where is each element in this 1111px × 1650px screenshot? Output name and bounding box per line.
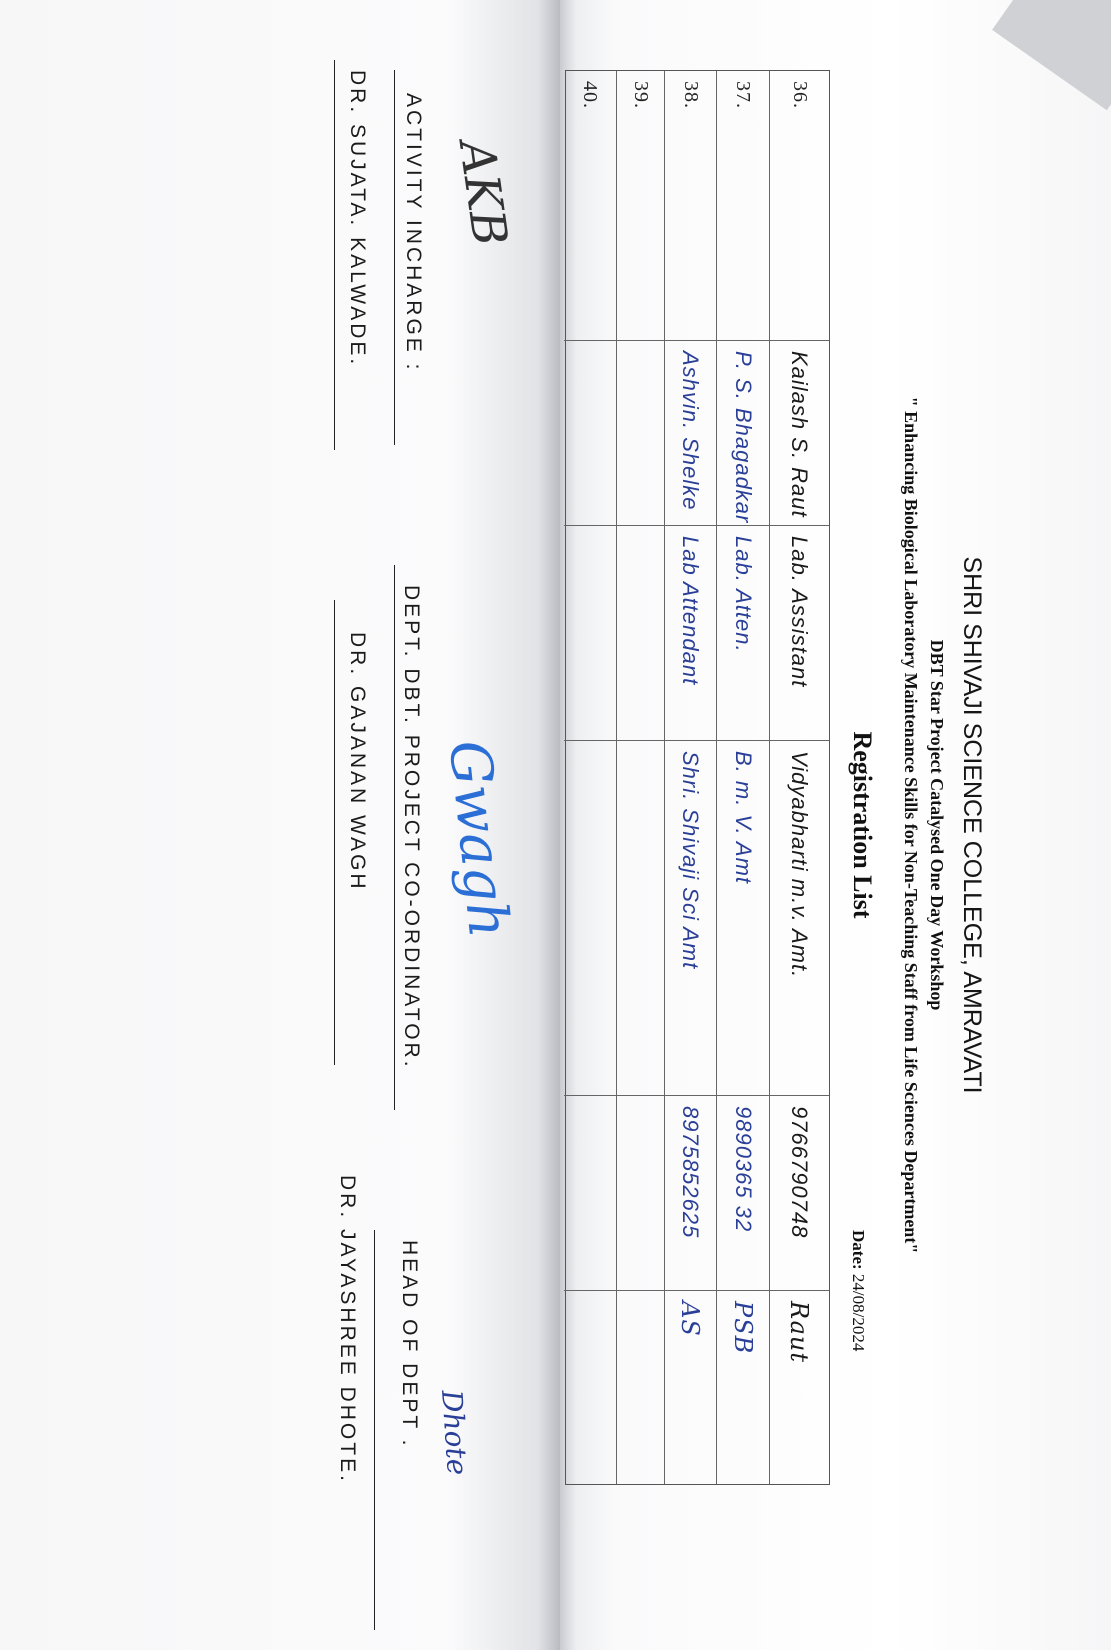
cell-name: P. S. Bhagadkar: [717, 341, 769, 526]
signature-text: PSB: [729, 1301, 757, 1354]
cell-mobile: 9890365 32: [717, 1096, 769, 1291]
institution-text: Vidyabharti m.v. Amt.: [787, 751, 813, 978]
sno-text: 39.: [629, 81, 652, 121]
cell-mobile: [617, 1096, 664, 1291]
cell-designation: [564, 526, 616, 741]
cell-signature: PSB: [717, 1291, 769, 1486]
head-of-dept-role: HEAD OF DEPT .: [397, 1240, 421, 1448]
date-line: Date: 24/08/2024: [848, 1230, 868, 1351]
cell-institution: B. m. V. Amt: [717, 741, 769, 1096]
project-subtitle: DBT Star Project Catalysed One Day Works…: [926, 0, 947, 1650]
cell-signature: [617, 1291, 664, 1486]
cell-signature: AS: [665, 1291, 716, 1486]
document-page: SHRI SHIVAJI SCIENCE COLLEGE, AMRAVATI D…: [0, 0, 1111, 1650]
cell-institution: Shri. Shivaji Sci Amt: [665, 741, 716, 1096]
designation-text: Lab Attendant: [678, 536, 704, 685]
table-row: 40.: [564, 71, 616, 1484]
cell-institution: Vidyabharti m.v. Amt.: [770, 741, 829, 1096]
institution-text: Shri. Shivaji Sci Amt: [678, 751, 704, 969]
cell-mobile: 9766790748: [770, 1096, 829, 1291]
cell-sno: 40.: [564, 71, 616, 341]
cell-institution: [617, 741, 664, 1096]
activity-incharge-rule: [394, 70, 395, 445]
designation-text: Lab. Assistant: [787, 536, 813, 687]
college-title: SHRI SHIVAJI SCIENCE COLLEGE, AMRAVATI: [957, 0, 986, 1650]
cell-mobile: [564, 1096, 616, 1291]
workshop-title: " Enhancing Biological Laboratory Mainte…: [900, 0, 921, 1650]
signature-activity-incharge: AKB: [448, 137, 518, 250]
cell-sno: 36.: [770, 71, 829, 341]
head-of-dept-name: DR. JAYASHREE DHOTE.: [335, 1175, 359, 1484]
mobile-text: 9766790748: [787, 1106, 813, 1238]
cell-mobile: 8975852625: [665, 1096, 716, 1291]
cell-designation: [617, 526, 664, 741]
activity-incharge-name: DR. SUJATA. KALWADE.: [345, 70, 369, 367]
cell-name: [617, 341, 664, 526]
project-coordinator-name-rule: [334, 600, 335, 1065]
cell-designation: Lab Attendant: [665, 526, 716, 741]
signature-text: Raut: [786, 1301, 814, 1363]
designation-text: Lab. Atten.: [730, 536, 756, 653]
signature-head-of-dept: Dhote: [435, 1389, 474, 1476]
cell-name: Kailash S. Raut: [770, 341, 829, 526]
activity-incharge-role: ACTIVITY INCHARGE :: [401, 93, 425, 372]
institution-text: B. m. V. Amt: [730, 751, 756, 884]
project-coordinator-role: DEPT. DBT. PROJECT CO-ORDINATOR.: [399, 585, 423, 1070]
sno-text: 37.: [732, 81, 755, 121]
cell-sno: 38.: [665, 71, 716, 341]
activity-incharge-name-rule: [334, 60, 335, 450]
name-text: Ashvin. Shelke: [678, 351, 704, 511]
sno-text: 40.: [579, 81, 602, 121]
mobile-text: 8975852625: [678, 1106, 704, 1238]
sno-text: 38.: [679, 81, 702, 121]
table-row: 36.Kailash S. RautLab. AssistantVidyabha…: [769, 71, 829, 1484]
date-label: Date:: [849, 1230, 868, 1270]
cell-signature: [564, 1291, 616, 1486]
cell-sno: 37.: [717, 71, 769, 341]
project-coordinator-rule: [394, 565, 395, 1110]
cell-designation: Lab. Atten.: [717, 526, 769, 741]
name-text: P. S. Bhagadkar: [730, 351, 756, 523]
name-text: Kailash S. Raut: [787, 351, 813, 518]
table-row: 39.: [616, 71, 664, 1484]
table-row: 38.Ashvin. ShelkeLab AttendantShri. Shiv…: [664, 71, 716, 1484]
cell-signature: Raut: [770, 1291, 829, 1486]
registration-table: 36.Kailash S. RautLab. AssistantVidyabha…: [565, 70, 830, 1485]
project-coordinator-name: DR. GAJANAN WAGH: [345, 632, 369, 892]
date-value: 24/08/2024: [849, 1274, 868, 1351]
registration-list-heading: Registration List: [847, 0, 877, 1650]
head-of-dept-rule: [374, 1230, 375, 1630]
signature-text: AS: [677, 1301, 705, 1337]
sno-text: 36.: [788, 81, 811, 121]
mobile-text: 9890365 32: [730, 1106, 756, 1232]
cell-name: Ashvin. Shelke: [665, 341, 716, 526]
cell-designation: Lab. Assistant: [770, 526, 829, 741]
cell-sno: 39.: [617, 71, 664, 341]
signature-project-coordinator: Gwagh: [436, 737, 521, 941]
cell-name: [564, 341, 616, 526]
cell-institution: [564, 741, 616, 1096]
table-row: 37.P. S. BhagadkarLab. Atten.B. m. V. Am…: [716, 71, 769, 1484]
